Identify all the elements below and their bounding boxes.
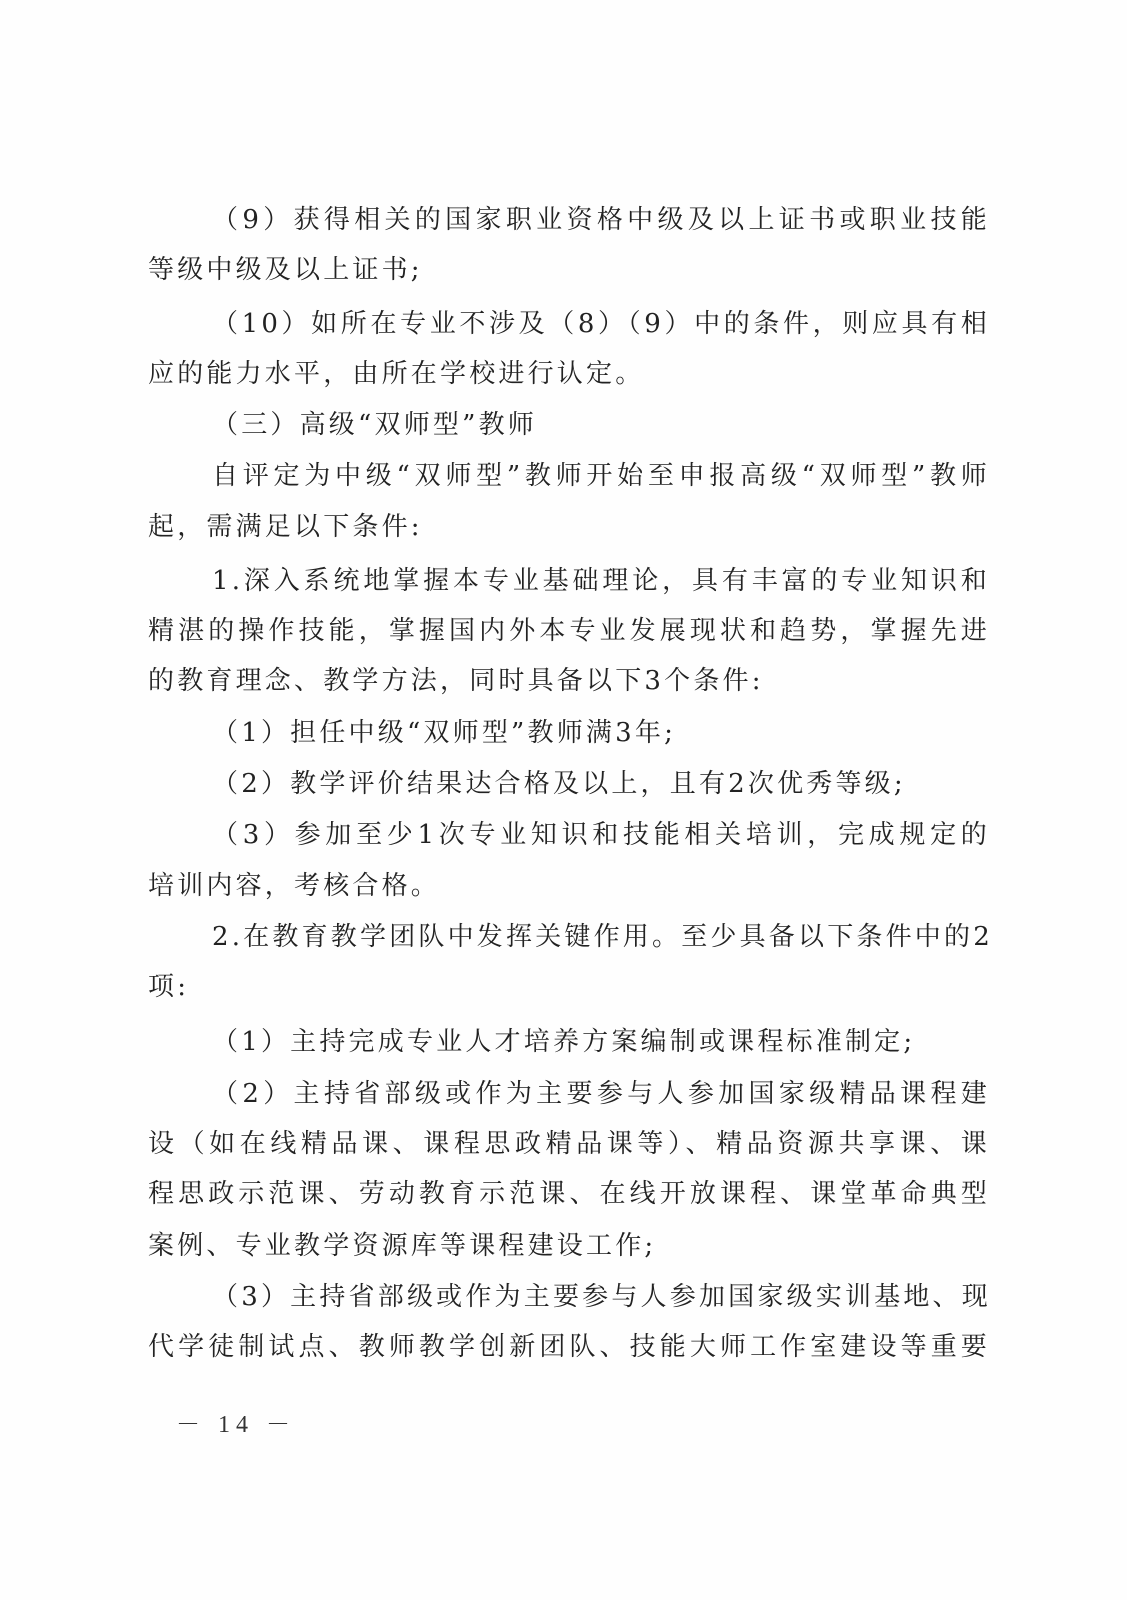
text-line-intro-cont: 起，需满足以下条件: xyxy=(148,510,990,544)
text-line-condition-1: 1.深入系统地掌握本专业基础理论，具有丰富的专业知识和 xyxy=(212,564,990,598)
page-number: － 14 － xyxy=(176,1404,296,1439)
text-line-intro: 自评定为中级“双师型”教师开始至申报高级“双师型”教师 xyxy=(212,459,990,493)
text-line-sub-1-1: （1）担任中级“双师型”教师满3年; xyxy=(212,716,990,750)
text-line-sub-2-2-cont3: 案例、专业教学资源库等课程建设工作; xyxy=(148,1229,990,1263)
text-line-condition-1-cont2: 的教育理念、教学方法，同时具备以下3个条件: xyxy=(148,664,990,698)
text-line-item-9: （9）获得相关的国家职业资格中级及以上证书或职业技能 xyxy=(212,203,990,237)
section-heading-senior-teacher: （三）高级“双师型”教师 xyxy=(212,408,990,442)
text-line-condition-1-cont: 精湛的操作技能，掌握国内外本专业发展现状和趋势，掌握先进 xyxy=(148,614,990,648)
text-line-sub-2-2-cont: 设（如在线精品课、课程思政精品课等）、精品资源共享课、课 xyxy=(148,1127,990,1161)
text-line-condition-2: 2.在教育教学团队中发挥关键作用。至少具备以下条件中的2 xyxy=(212,920,990,954)
text-line-item-10: （10）如所在专业不涉及（8）（9）中的条件，则应具有相 xyxy=(212,307,990,341)
text-line-sub-1-3-cont: 培训内容，考核合格。 xyxy=(148,869,990,903)
text-line-sub-2-3: （3）主持省部级或作为主要参与人参加国家级实训基地、现 xyxy=(212,1280,990,1314)
text-line-sub-2-1: （1）主持完成专业人才培养方案编制或课程标准制定; xyxy=(212,1025,990,1059)
text-line-condition-2-cont: 项: xyxy=(148,970,990,1004)
text-line-sub-1-2: （2）教学评价结果达合格及以上，且有2次优秀等级; xyxy=(212,767,990,801)
text-line-sub-2-2: （2）主持省部级或作为主要参与人参加国家级精品课程建 xyxy=(212,1077,990,1111)
text-line-sub-2-2-cont2: 程思政示范课、劳动教育示范课、在线开放课程、课堂革命典型 xyxy=(148,1177,990,1211)
text-line-sub-2-3-cont: 代学徒制试点、教师教学创新团队、技能大师工作室建设等重要 xyxy=(148,1330,990,1364)
document-page: （9）获得相关的国家职业资格中级及以上证书或职业技能 等级中级及以上证书; （1… xyxy=(0,0,1127,1600)
text-line-item-9-cont: 等级中级及以上证书; xyxy=(148,253,990,287)
text-line-sub-1-3: （3）参加至少1次专业知识和技能相关培训，完成规定的 xyxy=(212,818,990,852)
text-line-item-10-cont: 应的能力水平，由所在学校进行认定。 xyxy=(148,357,990,391)
